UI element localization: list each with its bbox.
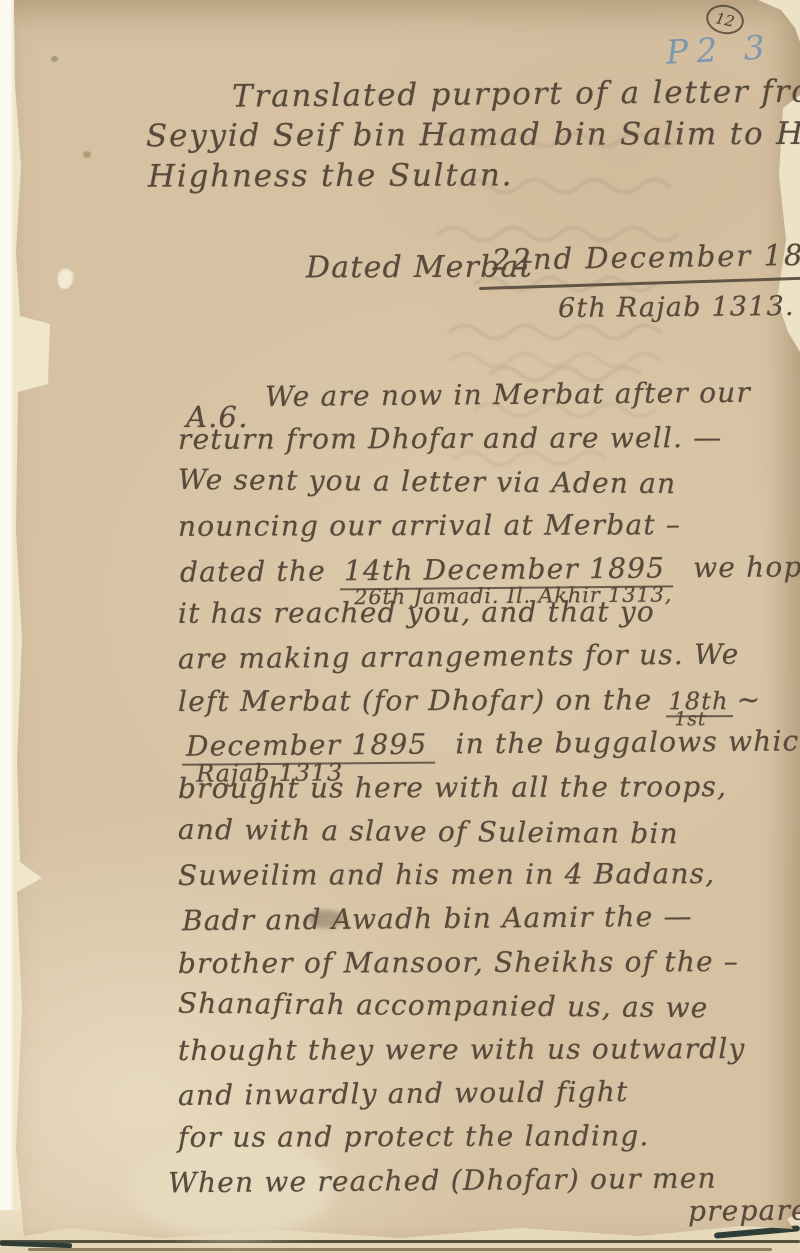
body-line-4: nouncing our arrival at Merbat – bbox=[178, 508, 681, 543]
body-line-13: Badr and Awadh bin Aamir the — bbox=[182, 900, 693, 937]
body-line-2: return from Dhofar and are well. — bbox=[178, 421, 723, 456]
pencil-page-mark: P2 3 bbox=[665, 27, 774, 72]
paper-speck bbox=[83, 151, 91, 158]
body-line-16: thought they were with us outwardly bbox=[178, 1032, 746, 1067]
page-edge-shadow-lower bbox=[28, 1248, 772, 1251]
body-line-14: brother of Mansoor, Sheikhs of the – bbox=[178, 945, 739, 980]
body-line-15: Shanafirah accompanied us, as we bbox=[178, 987, 709, 1025]
heading-line-2: Seyyid Seif bin Hamad bin Salim to His bbox=[146, 116, 800, 154]
body-line-5-post: we hop bbox=[693, 550, 800, 584]
body-line-18: for us and protect the landing. bbox=[178, 1119, 650, 1154]
dateline-hijri: 6th Rajab 1313. bbox=[558, 291, 795, 324]
body-line-9-post: in the buggalows which bbox=[455, 724, 800, 760]
inline-date-fraction-1: 14th December 189526th Jamadi. Il. Akhir… bbox=[340, 551, 674, 590]
paper-speck bbox=[51, 56, 58, 62]
body-line-5-pre: dated the bbox=[180, 554, 326, 588]
body-line-19: When we reached (Dhofar) our men bbox=[168, 1162, 717, 1200]
body-line-7: are making arrangements for us. We bbox=[178, 638, 740, 676]
body-line-9: December 1895Rajab 1313in the buggalows … bbox=[182, 724, 800, 766]
body-line-10: brought us here with all the troops, bbox=[178, 770, 727, 805]
body-line-8: left Merbat (for Dhofar) on the18th1st~ bbox=[178, 683, 762, 719]
page-edge-shadow bbox=[0, 1240, 800, 1243]
body-line-5: dated the14th December 189526th Jamadi. … bbox=[180, 550, 800, 591]
body-line-17: and inwardly and would fight bbox=[178, 1075, 629, 1112]
heading-line-3: Highness the Sultan. bbox=[148, 157, 513, 194]
body-line-8-pre: left Merbat (for Dhofar) on the bbox=[178, 683, 652, 718]
folio-number: 12 bbox=[714, 9, 736, 31]
inline-date-fraction-3: December 1895Rajab 1313 bbox=[182, 728, 436, 766]
scanned-letter-page: 12 P2 3 Translated purport of a letter f… bbox=[0, 0, 800, 1253]
body-line-8-post: ~ bbox=[737, 683, 762, 716]
dateline-gregorian: 22nd December 1895 bbox=[492, 237, 800, 277]
catchword: prepared bbox=[688, 1193, 800, 1227]
body-line-12: Suweilim and his men in 4 Badans, bbox=[178, 857, 715, 892]
body-line-3: We sent you a letter via Aden an bbox=[178, 463, 677, 500]
body-line-11: and with a slave of Suleiman bin bbox=[178, 813, 679, 850]
body-line-6: it has reached you, and that yo bbox=[178, 595, 655, 630]
heading-line-1: Translated purport of a letter from bbox=[232, 73, 800, 114]
body-line-1: We are now in Merbat after our bbox=[265, 376, 751, 413]
inline-date-fraction-2: 18th1st bbox=[666, 683, 733, 717]
